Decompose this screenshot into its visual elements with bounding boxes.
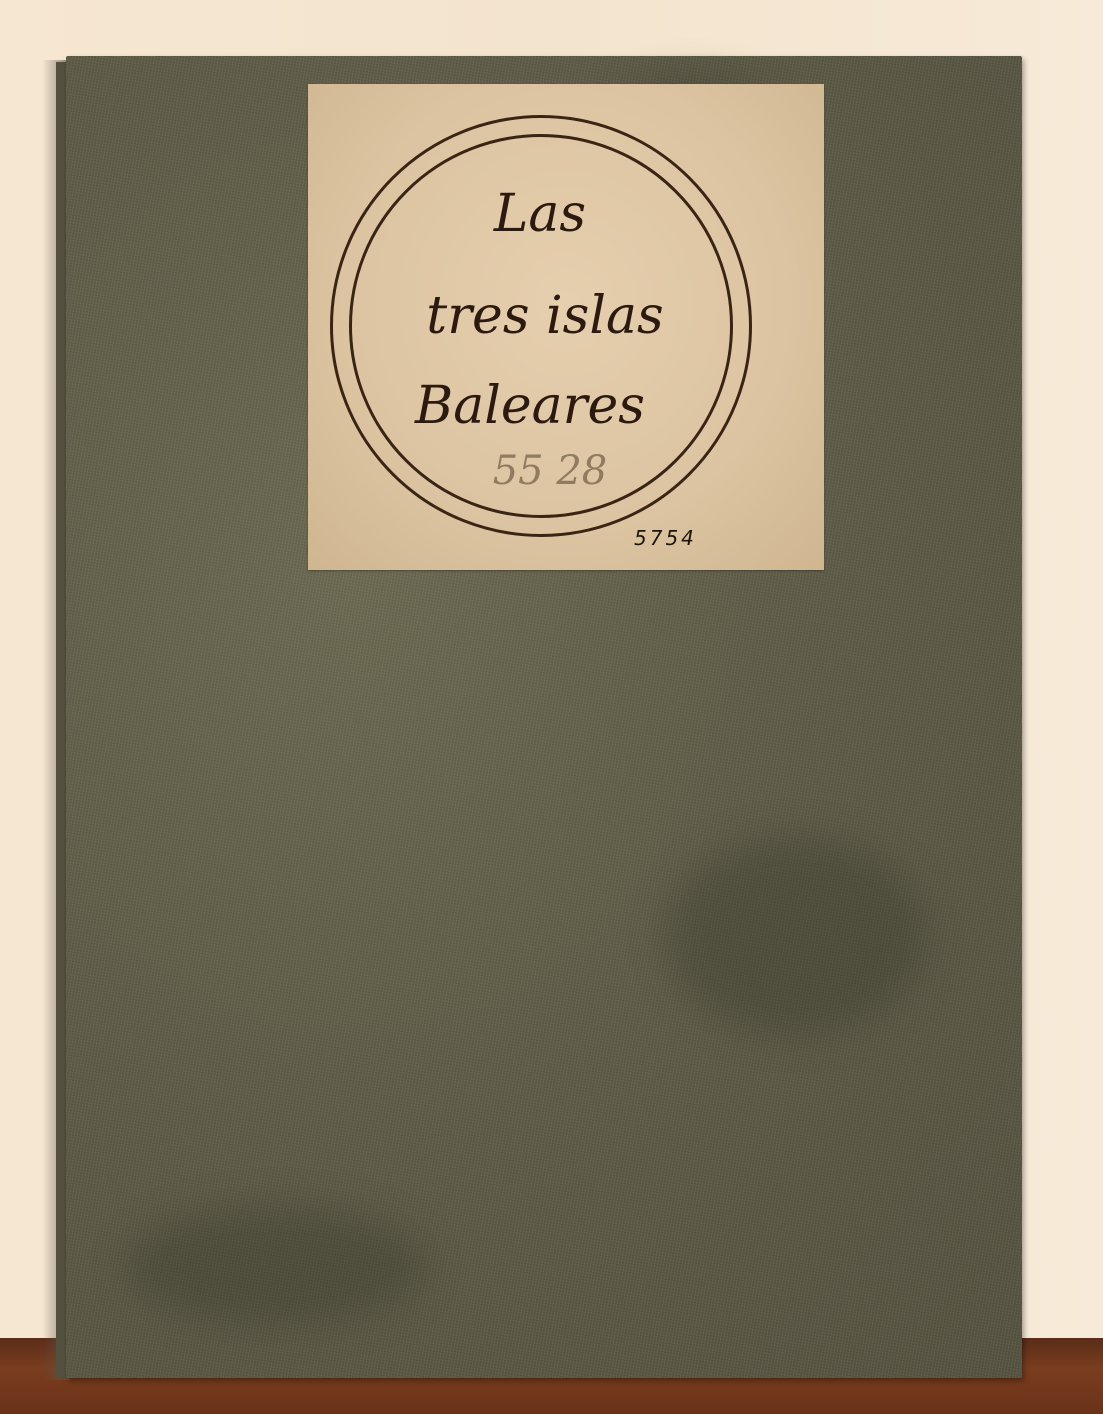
cover-stain xyxy=(666,836,926,1036)
catalog-number: 5754 xyxy=(634,526,697,550)
label-title-line-1: Las xyxy=(440,188,640,240)
cover-stain xyxy=(126,1206,426,1326)
pencil-note: 55 28 xyxy=(450,448,650,494)
label-title-line-3: Baleares xyxy=(380,380,680,432)
label-title-line-2: tres islas xyxy=(380,290,710,342)
